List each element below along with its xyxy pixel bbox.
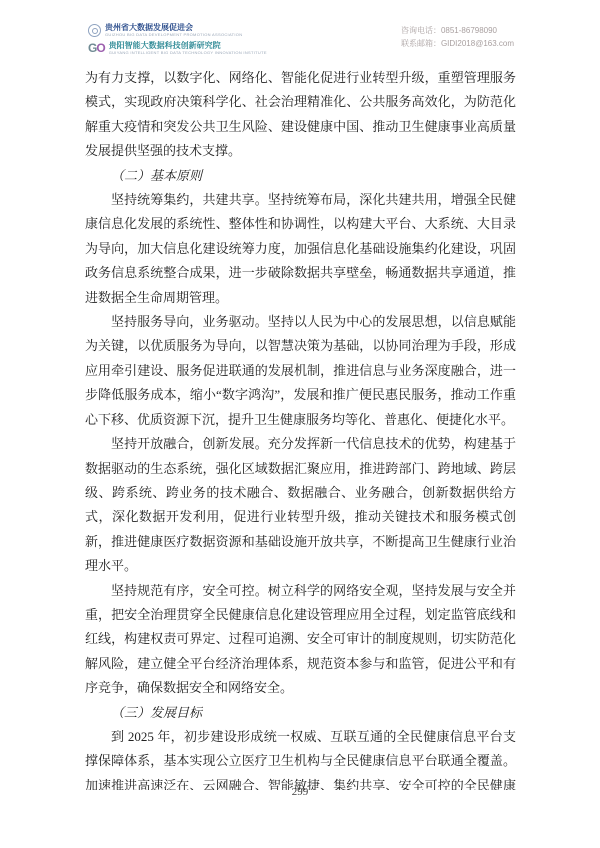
paragraph: 坚持统筹集约，共建共享。坚持统筹布局，深化共建共用，增强全民健康信息化发展的系统… xyxy=(85,188,516,310)
section-heading: （三）发展目标 xyxy=(85,701,516,725)
document-body: 为有力支撑，以数字化、网络化、智能化促进行业转型升级，重塑管理服务模式，实现政府… xyxy=(85,66,516,790)
phone-label: 咨询电话： xyxy=(401,26,441,35)
paragraph: 坚持服务导向，业务驱动。坚持以人民为中心的发展思想，以信息赋能为关键，以优质服务… xyxy=(85,310,516,432)
institute-logo: GO 贵阳智能大数据科技创新研究院 GUIYANG INTELLIGENT BI… xyxy=(88,41,267,55)
paragraph: 为有力支撑，以数字化、网络化、智能化促进行业转型升级，重塑管理服务模式，实现政府… xyxy=(85,66,516,164)
institute-subtitle: GUIYANG INTELLIGENT BIG DATA TECHNOLOGY … xyxy=(109,50,267,55)
logo-block: 贵州省大数据发展促进会 GUIZHOU BIG DATA DEVELOPMENT… xyxy=(88,23,267,55)
association-emblem-icon xyxy=(88,24,101,37)
page-header: 贵州省大数据发展促进会 GUIZHOU BIG DATA DEVELOPMENT… xyxy=(88,23,514,55)
association-name: 贵州省大数据发展促进会 xyxy=(105,23,242,32)
page-number: 299 xyxy=(0,786,600,798)
contact-email-line: 联系邮箱：GIDI2018@163.com xyxy=(401,37,514,50)
paragraph: 坚持规范有序，安全可控。树立科学的网络安全观，坚持发展与安全并重，把安全治理贯穿… xyxy=(85,579,516,701)
email-address: GIDI2018@163.com xyxy=(441,39,514,48)
association-subtitle: GUIZHOU BIG DATA DEVELOPMENT PROMOTION A… xyxy=(105,32,242,37)
contact-phone-line: 咨询电话：0851-86798090 xyxy=(401,24,514,37)
institute-monogram-icon: GO xyxy=(88,42,105,55)
section-heading: （二）基本原则 xyxy=(85,164,516,188)
institute-name: 贵阳智能大数据科技创新研究院 xyxy=(109,41,267,50)
document-page: 贵州省大数据发展促进会 GUIZHOU BIG DATA DEVELOPMENT… xyxy=(0,0,600,848)
phone-number: 0851-86798090 xyxy=(441,26,497,35)
paragraph: 到 2025 年，初步建设形成统一权威、互联互通的全民健康信息平台支撑保障体系，… xyxy=(85,725,516,790)
email-label: 联系邮箱： xyxy=(401,39,441,48)
contact-info: 咨询电话：0851-86798090 联系邮箱：GIDI2018@163.com xyxy=(401,23,514,50)
association-logo: 贵州省大数据发展促进会 GUIZHOU BIG DATA DEVELOPMENT… xyxy=(88,23,267,37)
paragraph: 坚持开放融合，创新发展。充分发挥新一代信息技术的优势，构建基于数据驱动的生态系统… xyxy=(85,432,516,578)
